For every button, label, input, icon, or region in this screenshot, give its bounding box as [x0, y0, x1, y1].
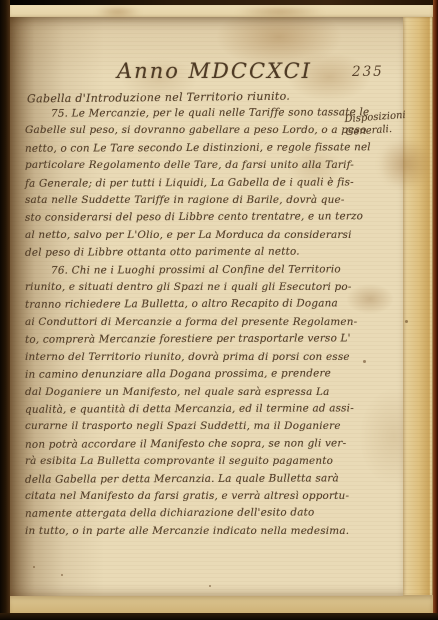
manuscript-line: del peso di Libbre ottanta otto pariment… [25, 244, 355, 263]
paper-stain [235, 5, 325, 19]
manuscript-line: curarne il trasporto negli Spazi Suddett… [25, 418, 355, 435]
page-number: 235 [352, 64, 384, 80]
manuscript-line: non potrà accordare il Manifesto che sop… [25, 435, 355, 454]
manuscript-line: dal Doganiere un Manifesto, nel quale sa… [25, 384, 355, 401]
manuscript-line: citata nel Manifesto da farsi gratis, e … [25, 488, 355, 505]
ink-speck [61, 574, 63, 576]
manuscript-line: ai Conduttori di Mercanzie a forma del p… [25, 314, 355, 331]
manuscript-line: particolare Regolamento delle Tare, da f… [25, 157, 355, 174]
manuscript-line: interno del Territorio riunito, dovrà pr… [25, 349, 355, 366]
ink-speck [33, 566, 35, 568]
manuscript-line: tranno richiedere La Bulletta, o altro R… [25, 296, 355, 315]
page-title: Anno MDCCXCI [117, 59, 312, 83]
manuscript-line: al netto, salvo per L'Olio, e per La Mor… [25, 227, 355, 244]
manuscript-line: to, comprerà Mercanzie forestiere per tr… [25, 331, 355, 350]
manuscript-line: sto considerarsi del peso di Libbre cent… [25, 209, 355, 228]
manuscript-line: riunito, e situati dentro gli Spazi ne i… [25, 279, 355, 296]
paper-stain [95, 6, 141, 18]
paper-stain [378, 138, 433, 190]
manuscript-line: namente attergata della dichiarazione de… [25, 505, 355, 524]
manuscript-page: Anno MDCCXCI 235 Gabella d'Introduzione … [9, 17, 403, 596]
manuscript-line: 76. Chi ne i Luoghi prossimi al Confine … [25, 261, 355, 280]
manuscript-line: in tutto, o in parte alle Mercanzie indi… [25, 523, 355, 540]
manuscript-line: netto, o con Le Tare secondo Le distinzi… [25, 139, 355, 158]
ink-speck [405, 320, 408, 323]
manuscript-line: sata nelle Suddette Tariffe in ragione d… [25, 192, 355, 209]
ink-speck [209, 585, 211, 587]
paragraph-75: 75. Le Mercanzie, per le quali nelle Tar… [25, 105, 355, 262]
manuscript-line: qualità, e quantità di detta Mercanzia, … [25, 400, 355, 419]
section-heading: Gabella d'Introduzione nel Territorio ri… [27, 90, 290, 106]
manuscript-photo: Anno MDCCXCI 235 Gabella d'Introduzione … [0, 0, 438, 620]
book-frame-left [0, 0, 10, 620]
page-fore-edge [402, 17, 433, 597]
page-bottom-edge [9, 595, 433, 613]
manuscript-line: Gabelle sul peso, si dovranno gabellare … [25, 122, 355, 139]
manuscript-line: fa Generale; di per tutti i Liquidi, La … [25, 174, 355, 193]
manuscript-line: rà esibita La Bulletta comprovante il se… [25, 453, 355, 470]
manuscript-line: in camino denunziare alla Dogana prossim… [25, 365, 355, 384]
paragraph-76: 76. Chi ne i Luoghi prossimi al Confine … [25, 262, 355, 541]
manuscript-body: 75. Le Mercanzie, per le quali nelle Tar… [25, 105, 355, 540]
book-frame-top [0, 0, 438, 5]
book-frame-right [433, 0, 438, 620]
manuscript-line: della Gabella per detta Mercanzia. La qu… [25, 470, 355, 489]
book-frame-bottom [0, 613, 438, 620]
ink-speck [363, 360, 366, 363]
manuscript-line: 75. Le Mercanzie, per le quali nelle Tar… [25, 104, 355, 123]
